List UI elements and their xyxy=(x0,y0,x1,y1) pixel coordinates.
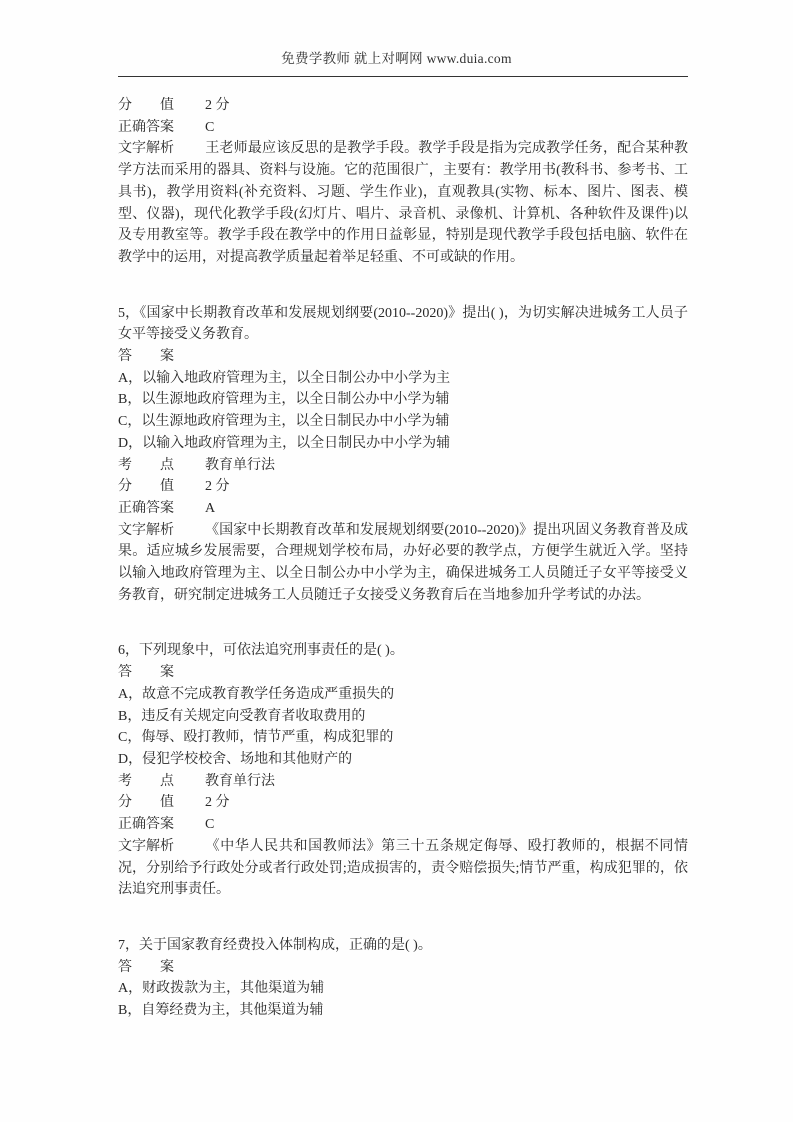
answer-label: 答案 xyxy=(118,957,174,979)
question5-option-a: A，以输入地政府管理为主，以全日制公办中小学为主 xyxy=(118,368,688,390)
answer-label: 答案 xyxy=(118,346,174,368)
exam-point-label-col: 考点 xyxy=(118,455,205,477)
correct-answer-label: 正确答案 xyxy=(118,117,205,139)
analysis-paragraph: 文字解析《中华人民共和国教师法》第三十五条规定侮辱、殴打教师的，根据不同情况，分… xyxy=(118,836,688,901)
question7-text: 7，关于国家教育经费投入体制构成，正确的是( )。 xyxy=(118,935,688,957)
header-site-text: 免费学教师 就上对啊网 www.duia.com xyxy=(281,51,512,66)
correct-answer-row: 正确答案 C xyxy=(118,814,688,836)
answer-label-row: 答案 xyxy=(118,346,688,368)
correct-answer-value: C xyxy=(205,117,688,139)
analysis-label: 文字解析 xyxy=(118,836,205,858)
exam-point-row: 考点 教育单行法 xyxy=(118,771,688,793)
question5-text: 5，《国家中长期教育改革和发展规划纲要(2010--2020)》提出( )，为切… xyxy=(118,303,688,346)
answer-label-row: 答案 xyxy=(118,957,688,979)
score-row: 分值 2 分 xyxy=(118,476,688,498)
document-page: 免费学教师 就上对啊网 www.duia.com 分值 2 分 正确答案 C 文… xyxy=(0,0,793,1122)
exam-point-value: 教育单行法 xyxy=(205,771,688,793)
question5-option-d: D，以输入地政府管理为主，以全日制民办中小学为辅 xyxy=(118,433,688,455)
score-label: 分值 xyxy=(118,476,174,498)
score-label: 分值 xyxy=(118,95,174,117)
question7-option-b: B，自筹经费为主，其他渠道为辅 xyxy=(118,1000,688,1022)
question6-option-c: C，侮辱、殴打教师，情节严重，构成犯罪的 xyxy=(118,727,688,749)
analysis-label: 文字解析 xyxy=(118,138,205,160)
exam-point-label-col: 考点 xyxy=(118,771,205,793)
analysis-text: 王老师最应该反思的是教学手段。教学手段是指为完成教学任务，配合某种教学方法而采用… xyxy=(118,141,688,265)
correct-answer-value: C xyxy=(205,814,688,836)
answer-label-col: 答案 xyxy=(118,346,205,368)
question6-option-a: A，故意不完成教育教学任务造成严重损失的 xyxy=(118,684,688,706)
correct-answer-row: 正确答案 C xyxy=(118,117,688,139)
question6-text: 6，下列现象中，可依法追究刑事责任的是( )。 xyxy=(118,640,688,662)
question5-block: 5，《国家中长期教育改革和发展规划纲要(2010--2020)》提出( )，为切… xyxy=(118,303,688,607)
question7-block: 7，关于国家教育经费投入体制构成，正确的是( )。 答案 A，财政拨款为主，其他… xyxy=(118,935,688,1022)
answer-label-row: 答案 xyxy=(118,662,688,684)
analysis-paragraph: 文字解析王老师最应该反思的是教学手段。教学手段是指为完成教学任务，配合某种教学方… xyxy=(118,138,688,268)
page-header: 免费学教师 就上对啊网 www.duia.com xyxy=(0,50,793,68)
exam-point-label: 考点 xyxy=(118,455,174,477)
exam-point-row: 考点 教育单行法 xyxy=(118,455,688,477)
score-label-col: 分值 xyxy=(118,792,205,814)
score-value: 2 分 xyxy=(205,95,688,117)
analysis-label: 文字解析 xyxy=(118,520,205,542)
correct-answer-value: A xyxy=(205,498,688,520)
analysis-paragraph: 文字解析《国家中长期教育改革和发展规划纲要(2010--2020)》提出巩固义务… xyxy=(118,520,688,607)
answer-label: 答案 xyxy=(118,662,174,684)
question4-answer-detail: 分值 2 分 正确答案 C 文字解析王老师最应该反思的是教学手段。教学手段是指为… xyxy=(118,95,688,269)
score-row: 分值 2 分 xyxy=(118,792,688,814)
document-content: 分值 2 分 正确答案 C 文字解析王老师最应该反思的是教学手段。教学手段是指为… xyxy=(118,95,688,1022)
score-label-col: 分值 xyxy=(118,476,205,498)
score-label-col: 分值 xyxy=(118,95,205,117)
question6-block: 6，下列现象中，可依法追究刑事责任的是( )。 答案 A，故意不完成教育教学任务… xyxy=(118,640,688,900)
correct-answer-label: 正确答案 xyxy=(118,498,205,520)
score-value: 2 分 xyxy=(205,792,688,814)
question5-option-c: C，以生源地政府管理为主，以全日制民办中小学为辅 xyxy=(118,411,688,433)
answer-label-col: 答案 xyxy=(118,662,205,684)
exam-point-value: 教育单行法 xyxy=(205,455,688,477)
correct-answer-row: 正确答案 A xyxy=(118,498,688,520)
exam-point-label: 考点 xyxy=(118,771,174,793)
score-row: 分值 2 分 xyxy=(118,95,688,117)
header-divider xyxy=(118,76,688,77)
score-label: 分值 xyxy=(118,792,174,814)
score-value: 2 分 xyxy=(205,476,688,498)
question7-option-a: A，财政拨款为主，其他渠道为辅 xyxy=(118,978,688,1000)
correct-answer-label: 正确答案 xyxy=(118,814,205,836)
question6-option-b: B，违反有关规定向受教育者收取费用的 xyxy=(118,706,688,728)
question5-option-b: B，以生源地政府管理为主，以全日制公办中小学为辅 xyxy=(118,389,688,411)
question6-option-d: D，侵犯学校校舍、场地和其他财产的 xyxy=(118,749,688,771)
answer-label-col: 答案 xyxy=(118,957,205,979)
